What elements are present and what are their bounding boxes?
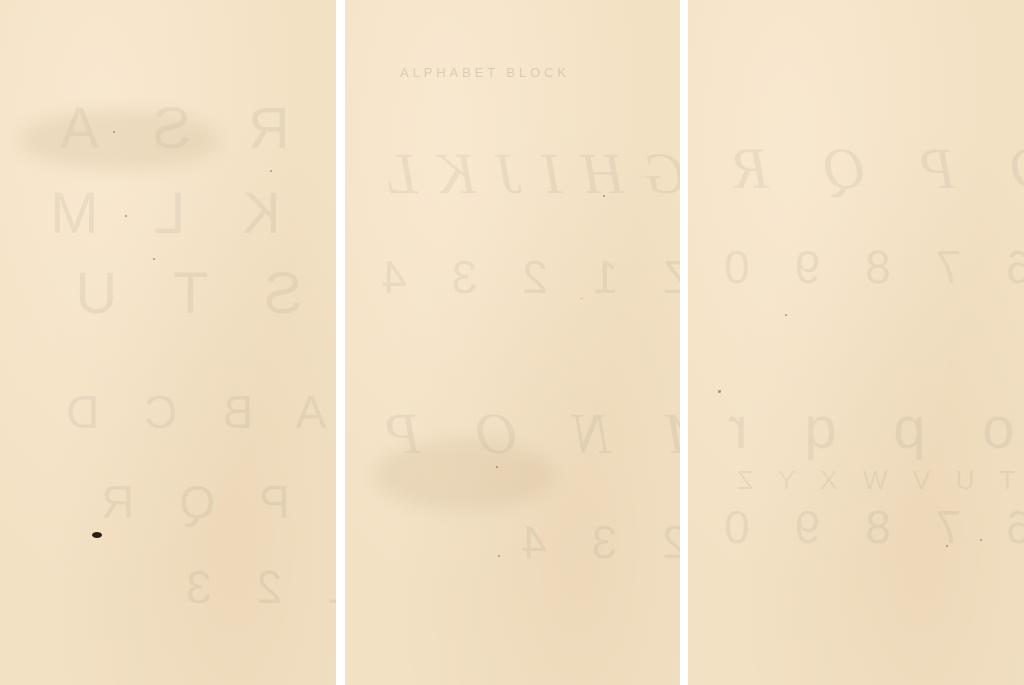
paper-speck [153,258,155,260]
bleed-through-row: 1 2 3 4 [505,515,680,569]
bleed-through-row: S T U V W X Y Z [728,465,1024,496]
paper-stain [375,440,555,510]
bleed-through-header: ALPHABET BLOCK [400,65,570,80]
bleed-through-row: 4 5 6 7 8 9 0 [708,500,1024,554]
paper-speck [980,539,982,541]
ink-blot [92,532,102,538]
paper-speck [125,215,127,217]
paper-panel-right: M N O P Q R 5 6 7 8 9 0 m n o p q r S T … [688,0,1024,685]
paper-speck [718,390,721,393]
bleed-through-row: Y Z 1 2 3 4 [365,250,680,304]
bleed-through-row: 1 2 3 [170,560,336,614]
paper-panel-middle: ALPHABET BLOCK DEFGHIJKL Y Z 1 2 3 4 M N… [345,0,680,685]
paper-fiber [580,298,583,299]
bleed-through-row: 5 6 7 8 9 0 [708,240,1024,294]
paper-speck [498,555,500,557]
paper-speck [270,170,272,172]
bleed-through-row: M N O P Q R [713,135,1024,202]
paper-speck [113,131,115,133]
bleed-through-row: J K L M [30,180,336,247]
paper-speck [946,545,948,547]
paper-panel-left: Q R S A J K L M S T U A B C D O P Q R 1 … [0,0,336,685]
paper-stain [20,110,220,170]
bleed-through-row: S T U [55,260,303,327]
paper-speck [785,314,787,316]
paper-speck [603,195,605,197]
bleed-through-row: m n o p q r [708,395,1024,462]
bleed-through-row: DEFGHIJKL [365,140,680,207]
bleed-through-row: A B C D [50,385,326,439]
bleed-through-row: O P Q R [85,475,336,529]
paper-speck [496,466,498,468]
